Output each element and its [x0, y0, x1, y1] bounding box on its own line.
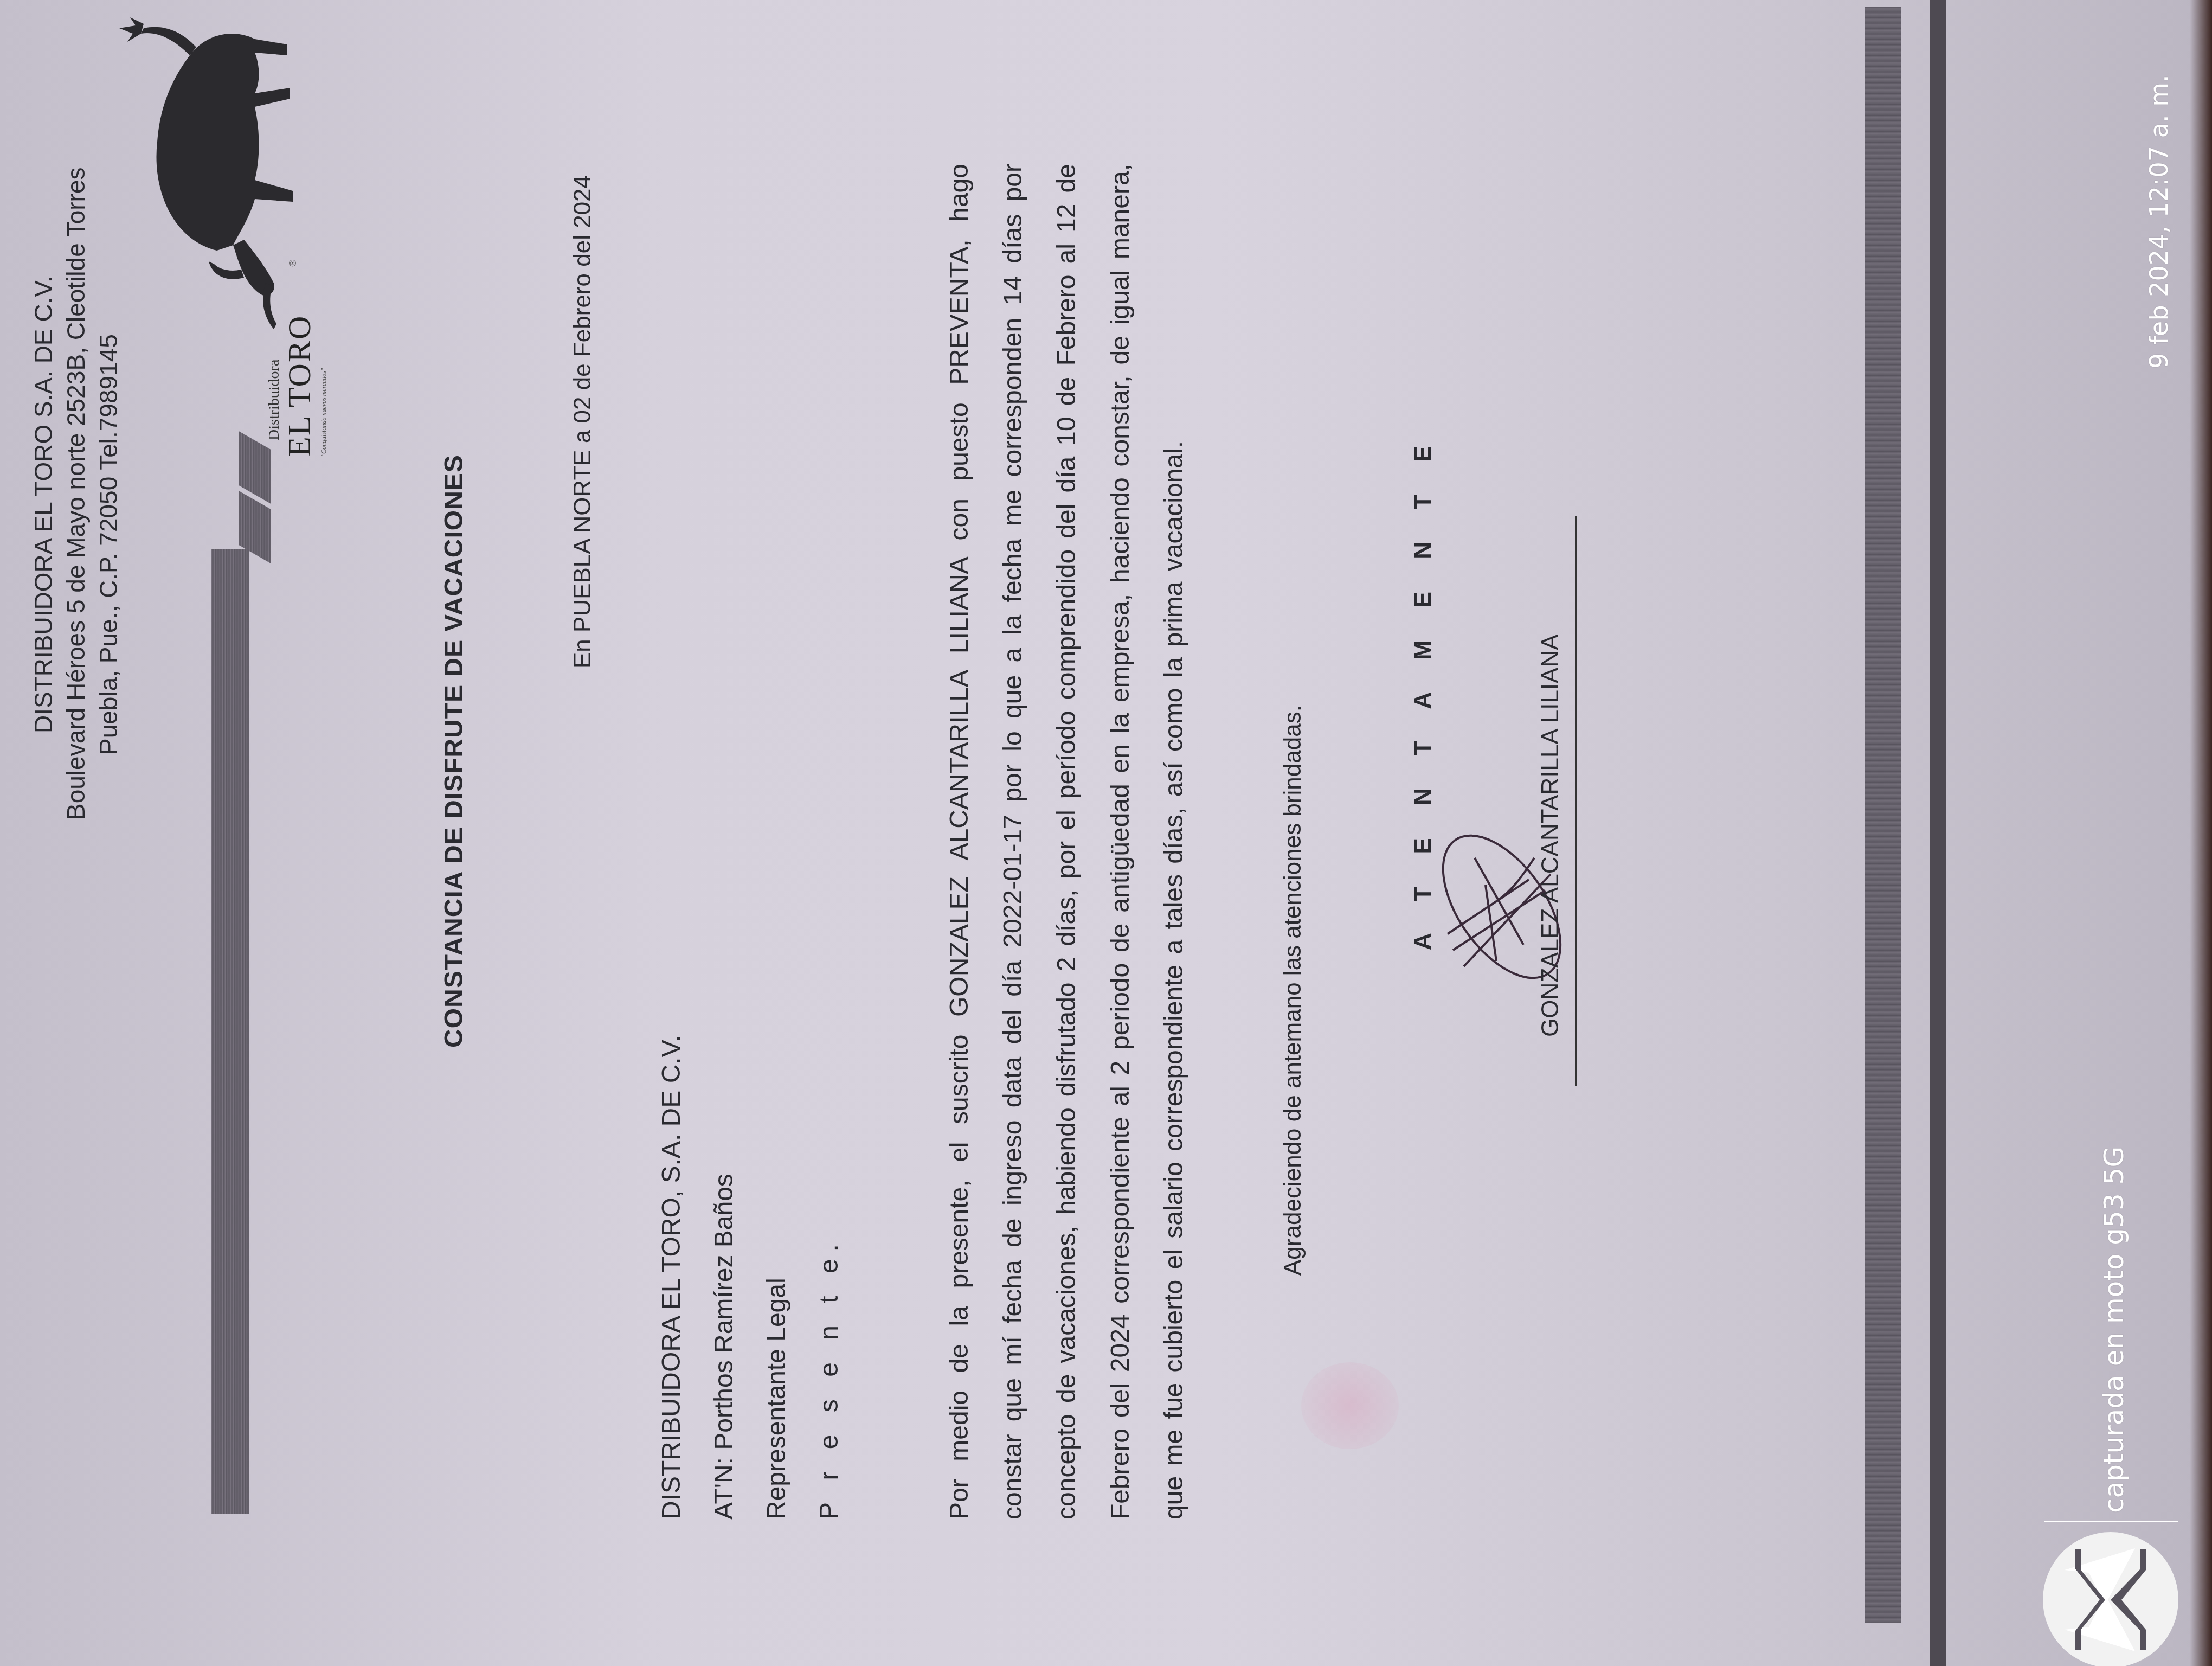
letter-page: DISTRIBUIDORA EL TORO S.A. DE C.V. Boule…	[0, 0, 2006, 1666]
addressee-block: DISTRIBUIDORA EL TORO, S.A. DE C.V. AT'N…	[645, 1035, 856, 1520]
addressee-attention: AT'N: Porthos Ramírez Baños	[698, 1035, 750, 1520]
addressee-presente: P r e s e n t e.	[803, 1035, 856, 1520]
place-date: En PUEBLA NORTE a 02 de Febrero del 2024	[569, 175, 596, 668]
watermark-divider	[2044, 1521, 2178, 1522]
document-photo: DISTRIBUIDORA EL TORO S.A. DE C.V. Boule…	[0, 0, 2212, 1666]
footer-stripe	[1930, 0, 1946, 1666]
logo-brand: EL TORO	[281, 315, 318, 457]
footer-stripe	[1865, 7, 1901, 1623]
watermark-timestamp: 9 feb 2024, 12:07 a. m.	[2144, 74, 2174, 369]
document-title: CONSTANCIA DE DISFRUTE DE VACACIONES	[439, 454, 469, 1048]
motorola-logo-icon	[2043, 1532, 2178, 1666]
header-stripe	[211, 549, 249, 1514]
registered-mark: ®	[287, 259, 299, 267]
addressee-role: Representante Legal	[750, 1035, 803, 1520]
watermark-device: capturada en moto g53 5G	[2098, 1146, 2130, 1513]
body-paragraph: Por medio de la presente, el suscrito GO…	[933, 164, 1201, 1520]
logo-tagline: "Conquistando nuevos mercados"	[320, 368, 328, 457]
signature-line	[1575, 516, 1577, 1086]
closing-line: Agradeciendo de antemano las atenciones …	[1279, 705, 1307, 1276]
letterhead-company: DISTRIBUIDORA EL TORO S.A. DE C.V.	[27, 61, 60, 820]
addressee-company: DISTRIBUIDORA EL TORO, S.A. DE C.V.	[645, 1035, 698, 1520]
ink-smudge	[1301, 1362, 1399, 1449]
table-edge	[2190, 0, 2212, 1666]
signatory-name: GONZALEZ ALCANTARILLA LILIANA	[1537, 634, 1564, 1037]
motorola-m-icon	[2043, 1532, 2178, 1666]
